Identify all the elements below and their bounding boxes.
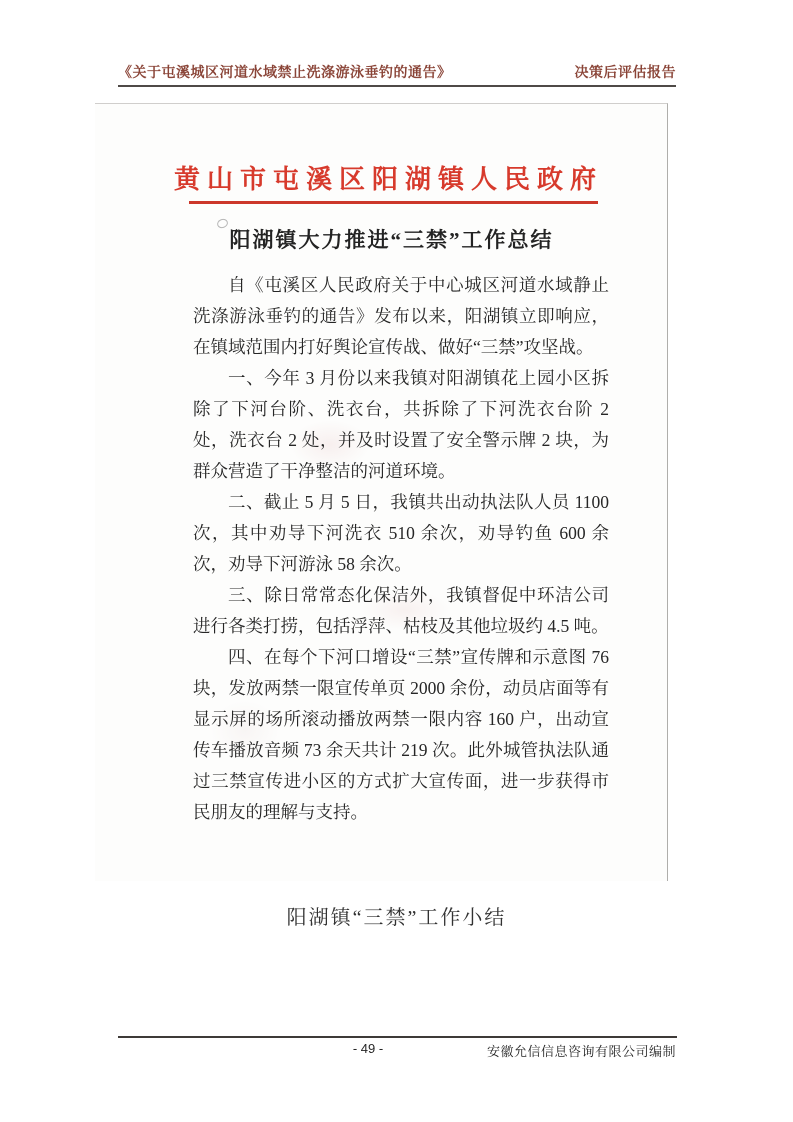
document-title: 阳湖镇大力推进“三禁”工作总结 [0, 224, 783, 254]
header-right-title: 决策后评估报告 [575, 62, 677, 82]
publisher-label: 安徽允信信息咨询有限公司编制 [487, 1041, 676, 1060]
report-page: 《关于屯溪城区河道水域禁止洗涤游泳垂钓的通告》 决策后评估报告 黄山市屯溪区阳湖… [0, 0, 793, 1122]
header-left-title: 《关于屯溪城区河道水域禁止洗涤游泳垂钓的通告》 [118, 62, 452, 82]
paragraph-item-2: 二、截止 5 月 5 日，我镇共出动执法队人员 1100 次，其中劝导下河洗衣 … [193, 487, 609, 580]
paragraph-item-3: 三、除日常常态化保洁外，我镇督促中环洁公司进行各类打捞，包括浮萍、枯枝及其他垃圾… [193, 580, 609, 642]
paragraph-item-1: 一、今年 3 月份以来我镇对阳湖镇花上园小区拆除了下河台阶、洗衣台，共拆除了下河… [193, 363, 609, 487]
paragraph-item-4: 四、在每个下河口增设“三禁”宣传牌和示意图 76 块，发放两禁一限宣传单页 20… [193, 642, 609, 828]
report-header: 《关于屯溪城区河道水域禁止洗涤游泳垂钓的通告》 决策后评估报告 [118, 62, 676, 87]
document-body: 自《屯溪区人民政府关于中心城区河道水域静止洗涤游泳垂钓的通告》发布以来，阳湖镇立… [193, 270, 609, 828]
closing-title: 阳湖镇“三禁”工作小结 [0, 901, 793, 930]
footer-rule [118, 1036, 677, 1038]
banner-red-rule [189, 201, 598, 204]
paragraph-intro: 自《屯溪区人民政府关于中心城区河道水域静止洗涤游泳垂钓的通告》发布以来，阳湖镇立… [193, 270, 609, 363]
report-footer: - 49 - 安徽允信信息咨询有限公司编制 [118, 1041, 677, 1061]
agency-banner-title: 黄山市屯溪区阳湖镇人民政府 [0, 159, 777, 196]
page-number: - 49 - [336, 1041, 400, 1056]
